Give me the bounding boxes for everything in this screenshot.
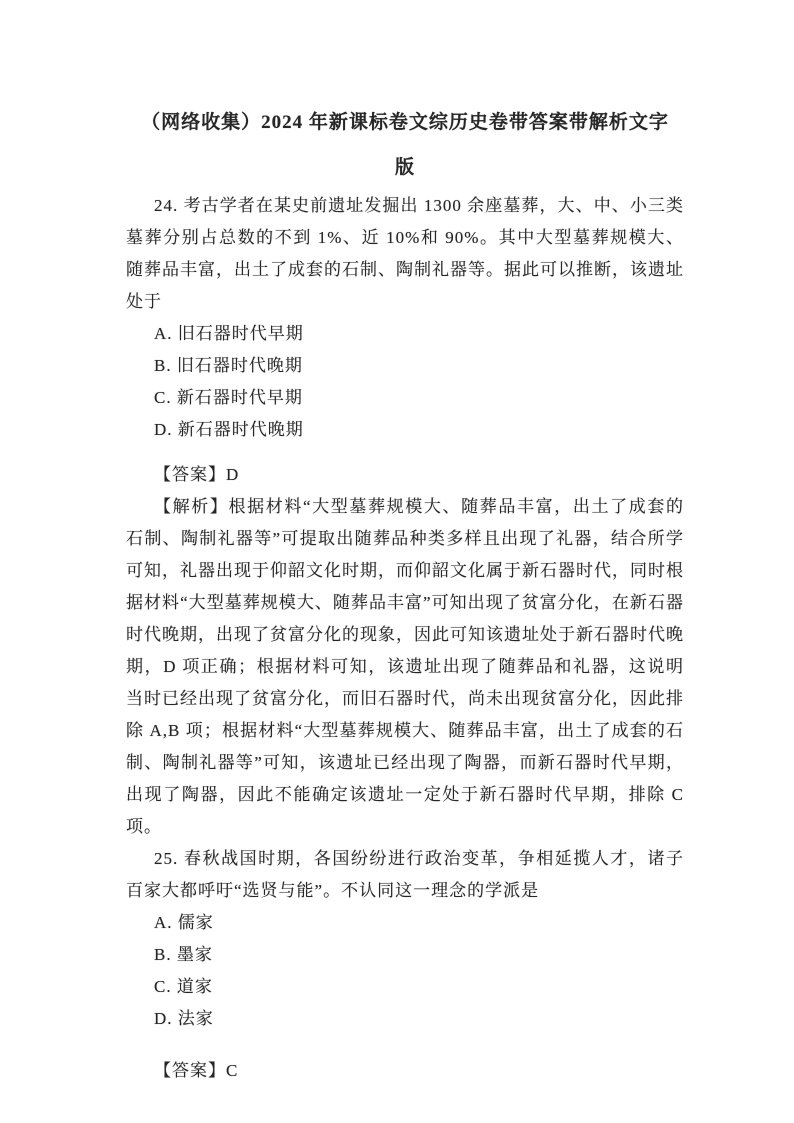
- question-24-answer: 【答案】D: [154, 459, 684, 491]
- question-24-option-a: A. 旧石器时代早期: [154, 318, 684, 350]
- question-24-option-d: D. 新石器时代晚期: [154, 414, 684, 446]
- document-title: （网络收集）2024 年新课标卷文综历史卷带答案带解析文字 版: [126, 100, 684, 190]
- question-25: 25. 春秋战国时期，各国纷纷进行政治变革，争相延揽人才，诸子百家大都呼吁“选贤…: [126, 843, 684, 1087]
- question-25-option-a: A. 儒家: [154, 907, 684, 939]
- question-24-analysis: 【解析】根据材料“大型墓葬规模大、随葬品丰富，出土了成套的石制、陶制礼器等”可提…: [126, 491, 684, 843]
- document-title-line-2: 版: [126, 145, 684, 190]
- question-24: 24. 考古学者在某史前遗址发掘出 1300 余座墓葬，大、中、小三类墓葬分别占…: [126, 190, 684, 843]
- question-25-option-b: B. 墨家: [154, 939, 684, 971]
- document-title-line-1: （网络收集）2024 年新课标卷文综历史卷带答案带解析文字: [126, 100, 684, 145]
- document-page: （网络收集）2024 年新课标卷文综历史卷带答案带解析文字 版 24. 考古学者…: [0, 0, 794, 1123]
- question-24-stem: 24. 考古学者在某史前遗址发掘出 1300 余座墓葬，大、中、小三类墓葬分别占…: [126, 190, 684, 318]
- question-24-option-b: B. 旧石器时代晚期: [154, 350, 684, 382]
- question-25-option-d: D. 法家: [154, 1003, 684, 1035]
- question-25-option-c: C. 道家: [154, 971, 684, 1003]
- question-24-option-c: C. 新石器时代早期: [154, 382, 684, 414]
- question-25-stem: 25. 春秋战国时期，各国纷纷进行政治变革，争相延揽人才，诸子百家大都呼吁“选贤…: [126, 843, 684, 907]
- question-25-answer: 【答案】C: [154, 1055, 684, 1087]
